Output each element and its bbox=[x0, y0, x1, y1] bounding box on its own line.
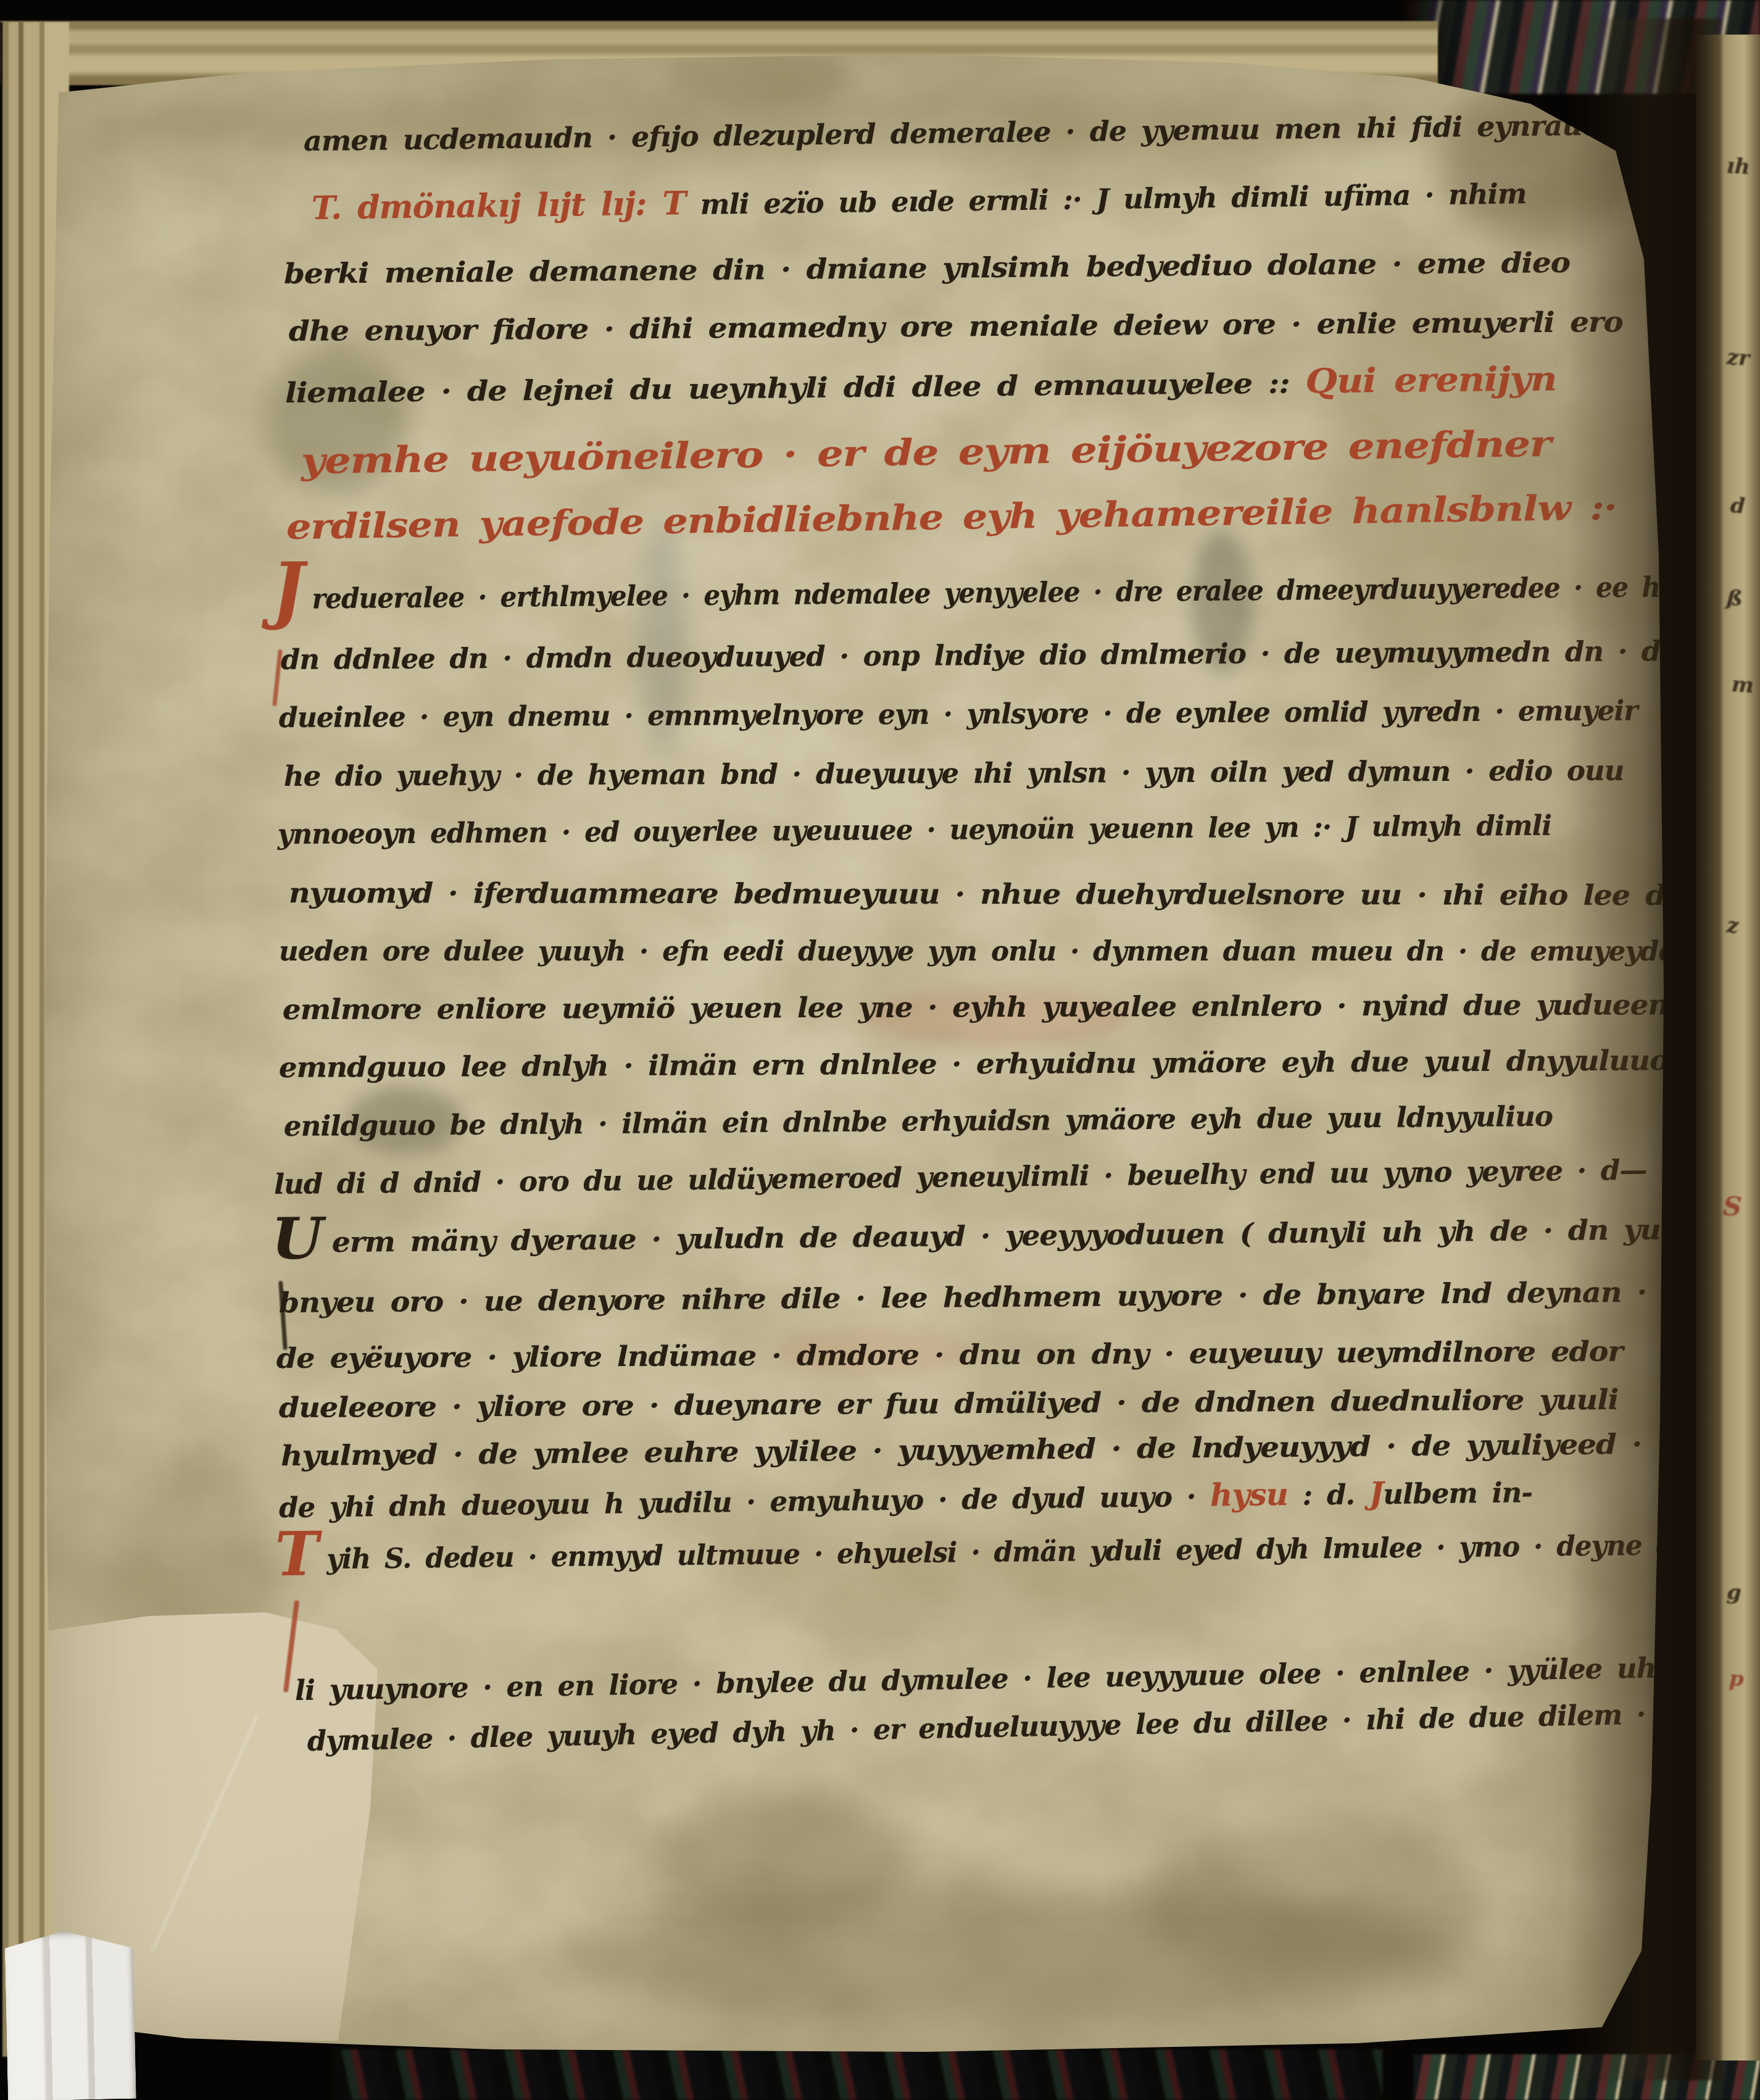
bookmark-strip bbox=[4, 1930, 136, 2100]
fore-edge-text-mark: ıh bbox=[1726, 154, 1751, 180]
fore-edge-text-mark: S bbox=[1722, 1191, 1743, 1222]
fore-edge-text-mark: m bbox=[1731, 672, 1754, 698]
fore-edge-text-mark: p bbox=[1729, 1666, 1745, 1691]
fore-edge-text-mark: g bbox=[1726, 1580, 1742, 1605]
manuscript-photo: amen ucdemauıdn · efıjo dlezuplerd demer… bbox=[0, 0, 1760, 2100]
fore-edge-text-mark: d bbox=[1730, 493, 1746, 519]
fore-edge-text-mark: z bbox=[1726, 914, 1739, 939]
fore-edge-text-mark: zr bbox=[1726, 345, 1750, 371]
fore-edge-marks: ıhzrdßmzSgp bbox=[0, 0, 1760, 2100]
fore-edge-text-mark: ß bbox=[1726, 586, 1743, 611]
